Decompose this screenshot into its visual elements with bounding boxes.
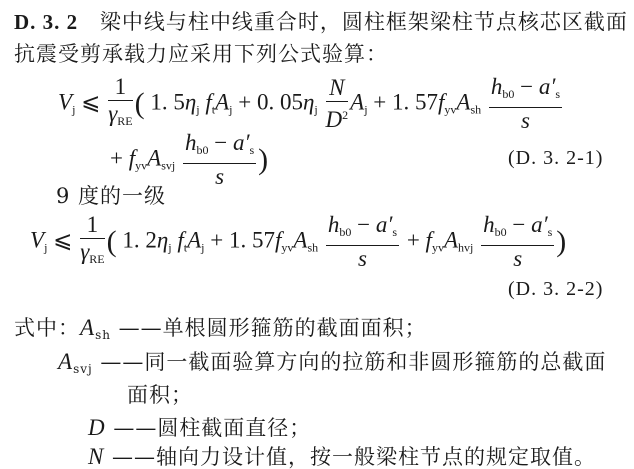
formula-1-line-1: Vj ⩽ 1 γRE ( 1. 5ηj ftAj + 0. 05ηj N D2 … — [58, 74, 564, 134]
case-label: 9 度的一级 — [56, 180, 166, 210]
fraction-N-over-D2: N D2 — [326, 75, 349, 133]
fraction-1-over-gamma: 1 γRE — [80, 212, 104, 272]
definition-item-ash: 式中：Ash ——单根圆形箍筋的截面面积； — [14, 312, 427, 342]
clause-line-1: D. 3. 2 梁中线与柱中线重合时，圆柱框架梁柱节点核芯区截面 — [14, 6, 628, 36]
fraction-h-minus-a-over-s: hb0 − a′s s — [326, 212, 399, 272]
definition-item-n: N ——轴向力设计值，按一般梁柱节点的规定取值。 — [88, 441, 596, 469]
clause-text-1: 梁中线与柱中线重合时，圆柱框架梁柱节点核芯区截面 — [100, 10, 628, 34]
equation-number-2: (D. 3. 2-2) — [508, 278, 603, 301]
fraction-h-minus-a-over-s: hb0 − a′s s — [183, 130, 256, 190]
fraction-1-over-gamma: 1 γRE — [108, 74, 132, 134]
definition-item-asvj: Asvj ——同一截面验算方向的拉筋和非圆形箍筋的总截面 — [58, 346, 606, 376]
equation-number-1: (D. 3. 2-1) — [508, 147, 603, 170]
definitions-intro: 式中： — [14, 316, 80, 340]
fraction-h-minus-a-over-s: hb0 − a′s s — [481, 212, 554, 272]
clause-line-2: 抗震受剪承载力应采用下列公式验算： — [14, 38, 388, 68]
formula-2: Vj ⩽ 1 γRE ( 1. 2ηj ftAj + 1. 57fyvAsh h… — [30, 212, 566, 272]
clause-number: D. 3. 2 — [14, 10, 78, 34]
definition-item-d: D ——圆柱截面直径； — [88, 412, 311, 442]
fraction-h-minus-a-over-s: hb0 − a′s s — [489, 74, 562, 134]
definition-item-asvj-cont: 面积； — [127, 379, 193, 409]
